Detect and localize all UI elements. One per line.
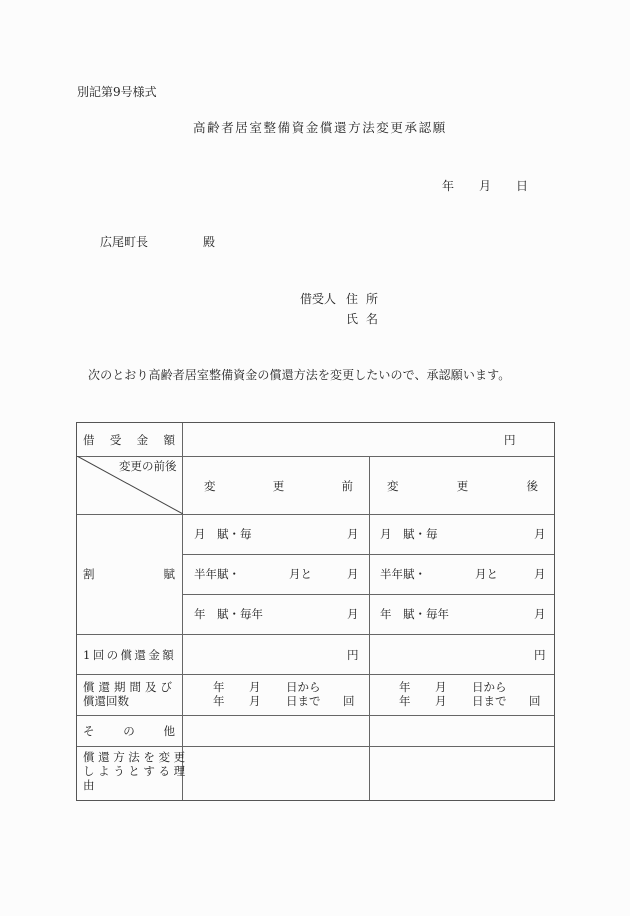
request-text: 次のとおり高齢者居室整備資金の償還方法を変更したいので、承認願います。 [88,368,510,382]
installment-label: 割 賦 [83,567,175,581]
other-before-field[interactable] [183,715,369,746]
annual-installment-before: 年 賦・毎年 [194,607,263,621]
row-divider [77,634,554,635]
monthly-installment-before: 月 賦・毎 [194,527,252,541]
borrower-name-line: 氏名 [346,312,378,326]
row-divider [77,674,554,675]
date-year-label: 年 [442,179,479,193]
loan-amount-unit: 円 [504,433,516,447]
per-payment-before-unit: 円 [347,648,359,662]
annual-installment-before-unit: 月 [347,607,359,621]
header-char: 変 [387,479,399,493]
other-after-field[interactable] [370,715,554,746]
period-from-day-before: 日から [286,680,321,694]
period-to-day-after: 日まで [472,694,507,708]
label-char: 額 [163,433,175,447]
semiannual-installment-before-middle: 月と [289,567,312,581]
row-divider [182,594,554,595]
period-count-before-unit: 回 [343,694,355,708]
label-char: 賦 [164,567,176,581]
period-from-month-before: 月 [249,680,261,694]
semiannual-installment-after-unit: 月 [534,567,546,581]
address-label-2: 所 [366,292,378,306]
period-from-month-after: 月 [435,680,447,694]
date-day-label: 日 [516,179,528,193]
name-label-2: 名 [366,312,378,326]
period-from-year-after: 年 [399,680,411,694]
reason-label-line3: 由 [83,778,95,792]
semiannual-installment-after-middle: 月と [475,567,498,581]
header-char: 前 [342,479,354,493]
label-char: 他 [164,724,176,738]
reason-after-field[interactable] [370,746,554,800]
date-month-label: 月 [479,179,516,193]
period-to-day-before: 日まで [286,694,321,708]
period-from-day-after: 日から [472,680,507,694]
annual-installment-after-unit: 月 [534,607,546,621]
loan-amount-label: 借 受 金 額 [83,433,175,447]
reason-before-field[interactable] [183,746,369,800]
header-char: 後 [527,479,539,493]
semiannual-installment-after: 半年賦・ [380,567,426,581]
addressee-name: 広尾町長 [100,235,203,249]
label-char: 借 [83,433,95,447]
monthly-installment-after: 月 賦・毎 [380,527,438,541]
label-char: の [123,724,135,738]
period-to-month-after: 月 [435,694,447,708]
label-char: そ [83,724,95,738]
addressee-honorific: 殿 [203,235,215,249]
period-label-line1: 償還期間及び [83,680,176,694]
header-char: 更 [273,479,285,493]
period-count-after-unit: 回 [529,694,541,708]
date-line: 年月日 [442,179,528,193]
addressee: 広尾町長殿 [100,235,215,249]
label-char: 金 [137,433,149,447]
period-from-year-before: 年 [213,680,225,694]
semiannual-installment-before: 半年賦・ [194,567,240,581]
annual-installment-after: 年 賦・毎年 [380,607,449,621]
per-payment-label: 1回の償還金額 [83,648,176,662]
document-title: 高齢者居室整備資金償還方法変更承認願 [193,121,447,135]
application-form-table: 借 受 金 額 円 変更の前後 変 更 前 変 更 後 割 賦 月 賦・毎 月 … [76,422,555,801]
header-char: 変 [204,479,216,493]
change-before-after-label: 変更の前後 [119,459,177,473]
period-to-year-after: 年 [399,694,411,708]
address-label-1: 住 [346,292,366,306]
row-divider [182,554,554,555]
after-change-header: 変 更 後 [387,479,538,493]
borrower-label: 借受人 [300,292,346,306]
label-char: 受 [110,433,122,447]
borrower-address-line: 借受人住所 [300,292,378,306]
semiannual-installment-before-unit: 月 [347,567,359,581]
monthly-installment-before-unit: 月 [347,527,359,541]
period-label-line2: 償還回数 [83,694,129,708]
monthly-installment-after-unit: 月 [534,527,546,541]
period-to-month-before: 月 [249,694,261,708]
name-label-1: 氏 [346,312,366,326]
period-to-year-before: 年 [213,694,225,708]
reason-label-line2: しようとする理 [83,764,189,778]
row-divider [77,514,554,515]
loan-amount-field[interactable] [183,423,554,456]
header-char: 更 [457,479,469,493]
label-char: 割 [83,567,95,581]
per-payment-after-unit: 円 [534,648,546,662]
form-number: 別記第9号様式 [77,85,157,99]
other-label: そ の 他 [83,724,175,738]
reason-label-line1: 償還方法を変更 [83,750,189,764]
before-change-header: 変 更 前 [204,479,353,493]
